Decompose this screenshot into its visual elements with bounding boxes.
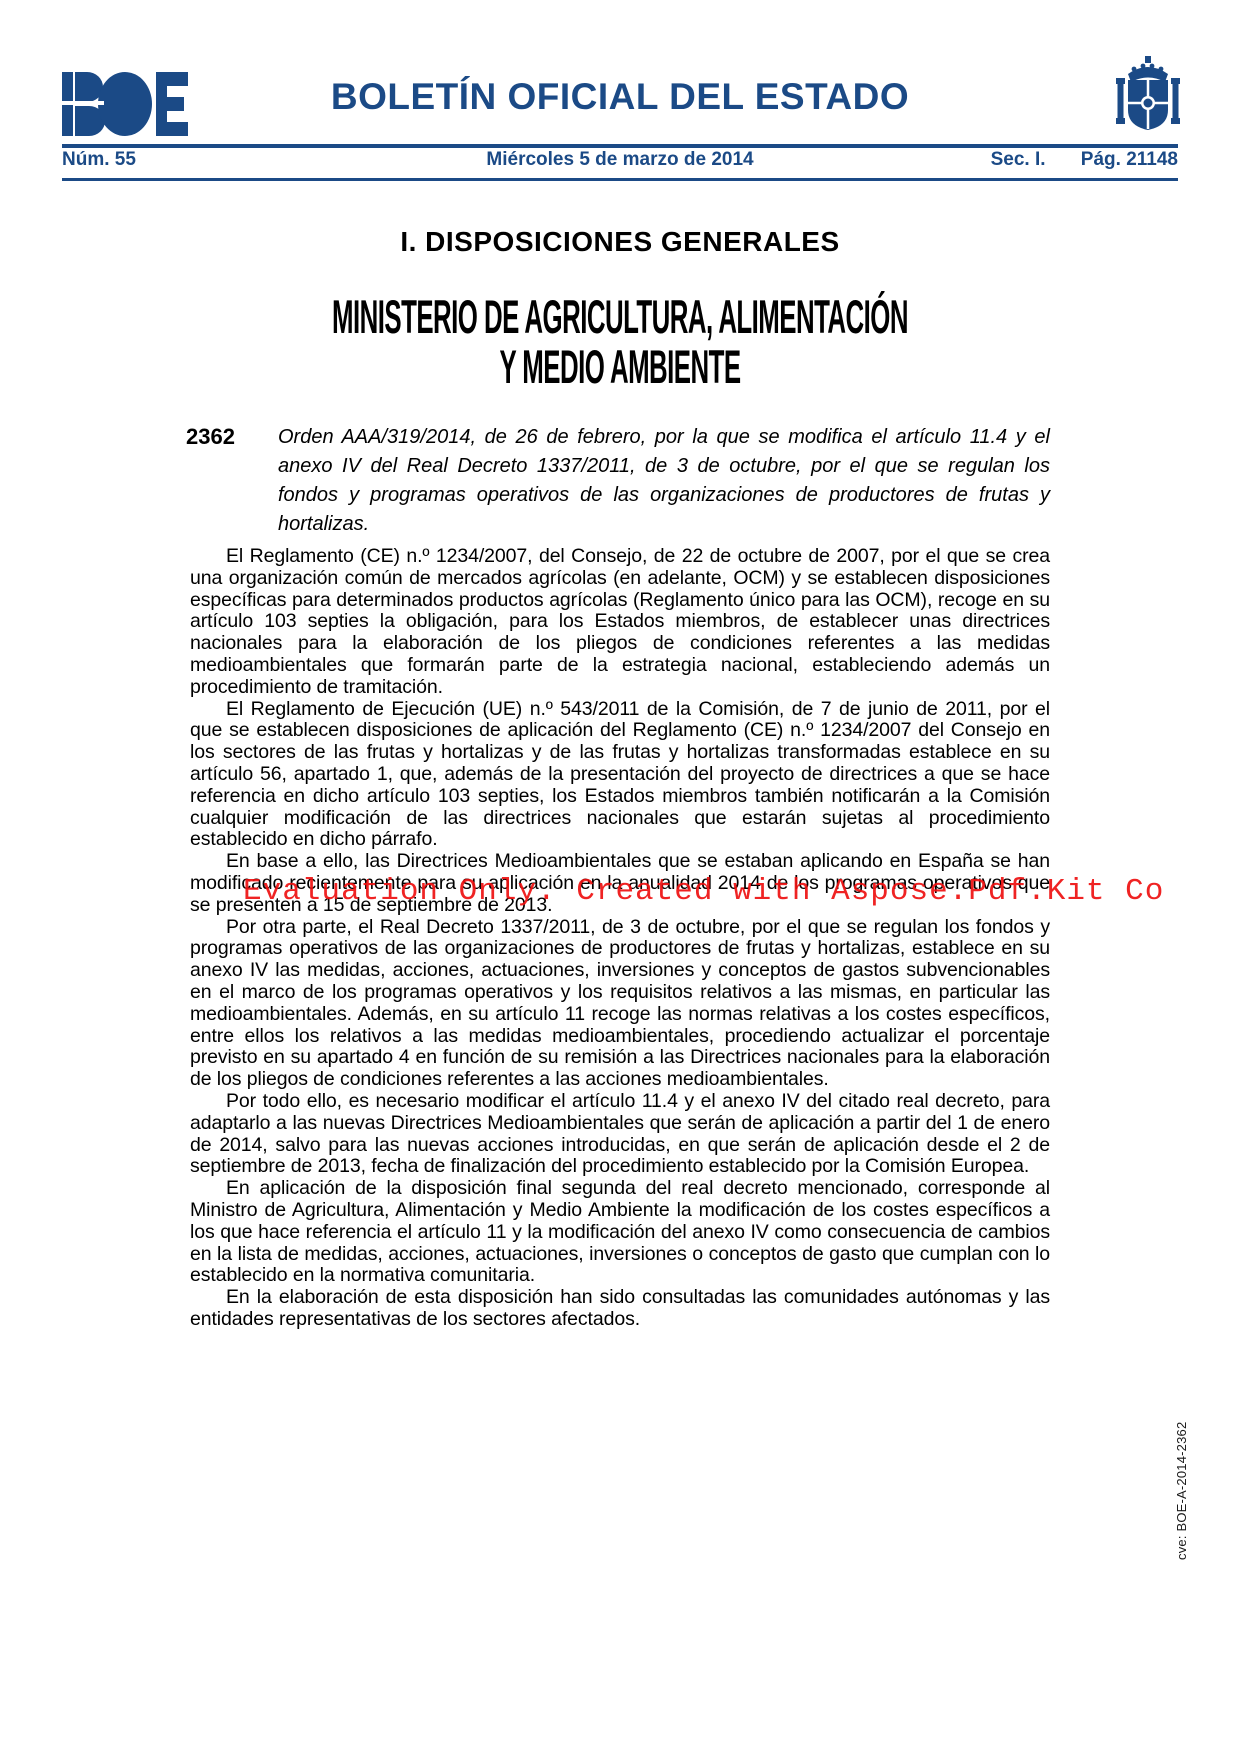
disposition-summary: Orden AAA/319/2014, de 26 de febrero, po… — [278, 423, 1050, 539]
body-text-column: El Reglamento (CE) n.º 1234/2007, del Co… — [190, 546, 1050, 1331]
ministry-line-1: MINISTERIO DE AGRICULTURA, ALIMENTACIÓN — [279, 292, 961, 342]
body-paragraph: El Reglamento de Ejecución (UE) n.º 543/… — [190, 699, 1050, 852]
body-paragraph: En aplicación de la disposición final se… — [190, 1178, 1050, 1287]
header-strip: Núm. 55 Miércoles 5 de marzo de 2014 Sec… — [62, 149, 1178, 175]
body-paragraph: El Reglamento (CE) n.º 1234/2007, del Co… — [190, 546, 1050, 699]
masthead-title: BOLETÍN OFICIAL DEL ESTADO — [0, 76, 1240, 118]
boe-document-page: BOLETÍN OFICIAL DEL ESTADO Nú — [0, 0, 1240, 1754]
section-label: Sec. I. — [991, 149, 1046, 170]
section-page: Sec. I. Pág. 21148 — [991, 149, 1178, 171]
ministry-line-2: Y MEDIO AMBIENTE — [279, 342, 961, 392]
disposition-number: 2362 — [186, 424, 235, 450]
page-label: Pág. 21148 — [1081, 149, 1178, 170]
verification-code: cve: BOE-A-2014-2362 — [1174, 1422, 1189, 1560]
body-paragraph: En la elaboración de esta disposición ha… — [190, 1287, 1050, 1331]
spain-coat-of-arms-icon — [1114, 56, 1182, 142]
section-title: I. DISPOSICIONES GENERALES — [0, 226, 1240, 258]
ministry-heading: MINISTERIO DE AGRICULTURA, ALIMENTACIÓN … — [0, 292, 1240, 392]
header-rule-bottom — [62, 178, 1178, 181]
body-paragraph: Por todo ello, es necesario modificar el… — [190, 1091, 1050, 1178]
body-paragraph: Por otra parte, el Real Decreto 1337/201… — [190, 917, 1050, 1091]
evaluation-watermark: Evaluation Only. Created with Aspose.Pdf… — [243, 874, 1164, 909]
header-rule-top — [62, 144, 1178, 148]
